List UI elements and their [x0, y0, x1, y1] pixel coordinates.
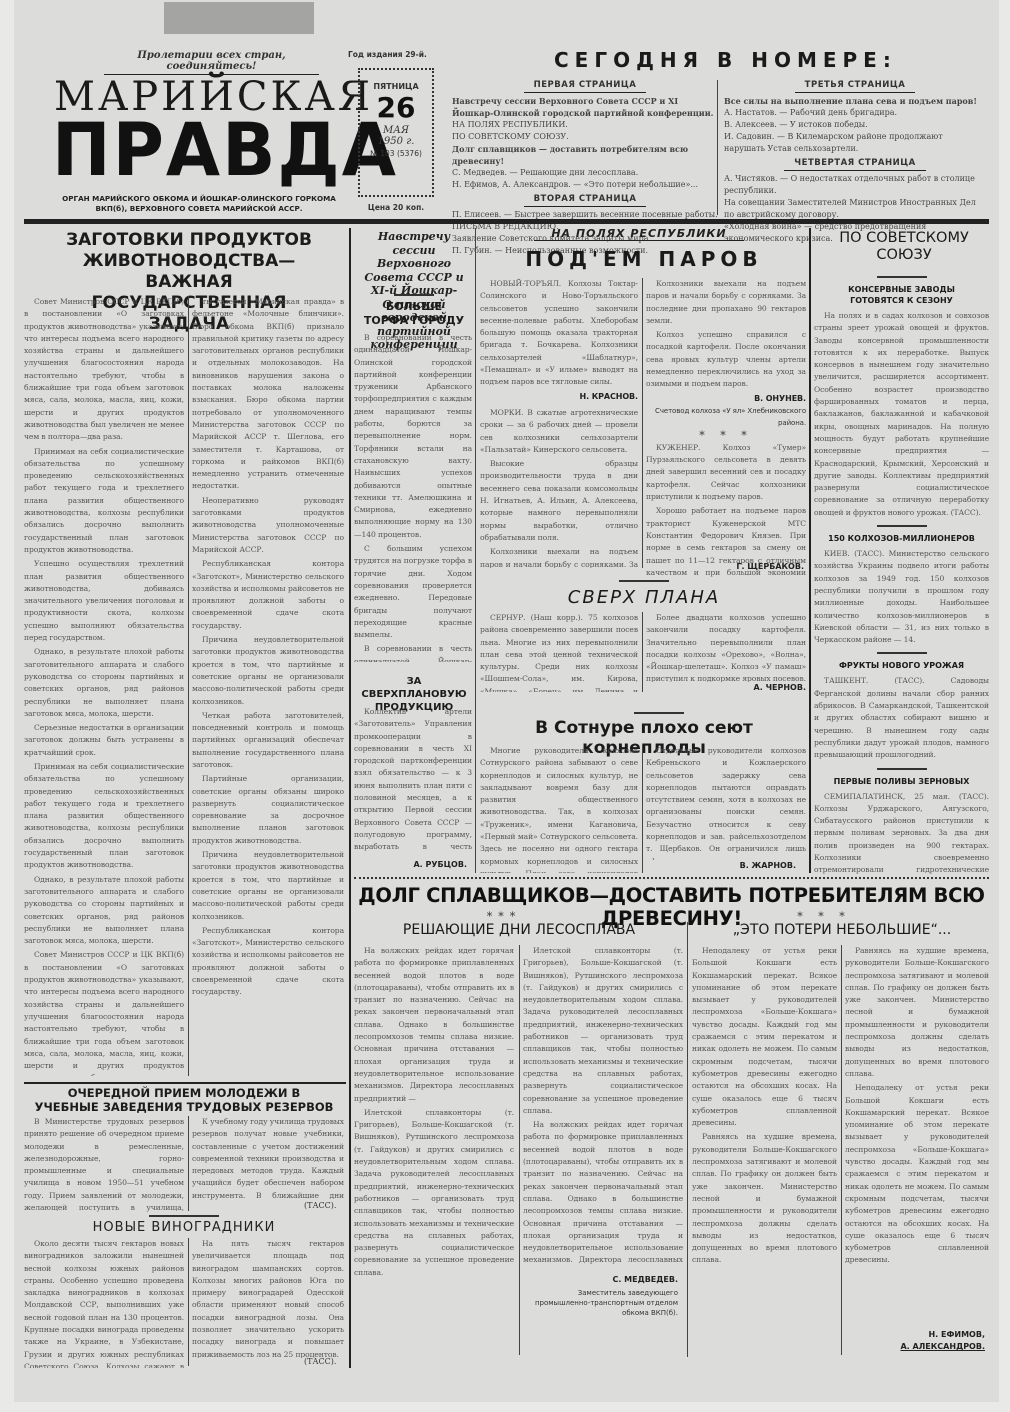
weekday: ПЯТНИЦА: [360, 82, 432, 91]
aboveplan-col2: Более двадцати колхозов успешно закончил…: [646, 612, 806, 682]
rafting-right-title: „ЭТО ПОТЕРИ НЕБОЛЬШИЕ“...: [692, 922, 992, 938]
organ-line: ОРГАН МАРИЙСКОГО ОБКОМА И ЙОШКАР-ОЛИНСКО…: [54, 194, 344, 214]
column-divider: [188, 296, 189, 1076]
toc-item[interactable]: В. Алексеев. — У истоков победы.: [724, 119, 986, 131]
session-headline: БОЛЬШЕ ТОРФА ГОРОДУ: [362, 300, 466, 328]
column-divider: [642, 745, 643, 873]
toc-item[interactable]: НА ПОЛЯХ РЕСПУБЛИКИ.: [452, 119, 718, 131]
toc-divider: [717, 80, 718, 215]
rafting-left-col2: Илетской сплавконторы (т. Григорьев), Бо…: [523, 945, 683, 1265]
issue-number: № 103 (5376): [360, 149, 432, 158]
masthead-rule: [24, 219, 989, 224]
rafting-left-col1: На волжских рейдах идет горячая работа п…: [354, 945, 514, 1345]
toc-heading-page3: ТРЕТЬЯ СТРАНИЦА: [724, 80, 986, 90]
aboveplan-signature: А. ЧЕРНОВ.: [646, 683, 806, 692]
signature-note: Счетовод колхоза «У ял» Хлебниковского р…: [646, 405, 806, 430]
fields-rubric: НА ПОЛЯХ РЕСПУБЛИКИ: [534, 227, 744, 241]
item-title: КОНСЕРВНЫЕ ЗАВОДЫ ГОТОВЯТСЯ К СЕЗОНУ: [824, 284, 979, 306]
title-line2: ПРАВДА: [52, 110, 352, 190]
toc-item[interactable]: А. Чистяков. — О недостатках отделочных …: [724, 173, 986, 197]
column-divider: [841, 945, 842, 1355]
youth-headline: ОЧЕРЕДНОЙ ПРИЕМ МОЛОДЕЖИ В УЧЕБНЫЕ ЗАВЕД…: [34, 1086, 334, 1114]
sotnur-signature: В. ЖАРНОВ.: [646, 861, 796, 870]
rafting-right-col2: Равняясь на худшие времена, руководители…: [845, 945, 989, 1325]
fields-signature-4: Г. ЩЕРБАКОВ.: [646, 562, 804, 571]
column-divider: [188, 1116, 189, 1211]
year-of-issue: Год издания 29-й.: [348, 50, 448, 59]
youth-source: (ТАСС).: [304, 1201, 336, 1210]
toc-item[interactable]: ПО СОВЕТСКОМУ СОЮЗУ.: [452, 131, 718, 143]
livestock-col1: Совет Министров СССР и ЦК ВКП(б) в поста…: [24, 296, 184, 1076]
session-body: В соревновании в честь одиннадцатой Йошк…: [354, 332, 472, 662]
section-rule: [24, 1082, 346, 1084]
sotnur-col2: Отдельные руководители колхозов Кебреньс…: [646, 745, 806, 860]
soviet-union-heading: ПО СОВЕТСКОМУ СОЮЗУ: [819, 230, 989, 264]
section-rule: [619, 580, 669, 582]
rafting-left-signature-note: Заместитель заведующего промышленно-тран…: [523, 1288, 678, 1318]
vineyards-source: (ТАСС).: [304, 1357, 336, 1366]
toc-heading-page4: ЧЕТВЕРТАЯ СТРАНИЦА: [724, 158, 986, 168]
toc-item[interactable]: А. Настатов. — Рабочий день бригадира.: [724, 107, 986, 119]
day-number: 26: [360, 91, 432, 125]
youth-col2: К учебному году училища трудовых резерво…: [192, 1116, 344, 1206]
date-box: ПЯТНИЦА 26 МАЯ 1950 г. № 103 (5376): [358, 68, 434, 197]
toc-item[interactable]: С. Медведев. — Решающие дни лесосплава.: [452, 167, 718, 179]
item-title: 150 КОЛХОЗОВ-МИЛЛИОНЕРОВ: [824, 533, 979, 544]
toc-item[interactable]: На совещании Заместителей Министров Инос…: [724, 197, 986, 221]
overplan-signature: А. РУБЦОВ.: [354, 860, 467, 869]
toc-title: СЕГОДНЯ В НОМЕРЕ:: [554, 48, 934, 72]
section-rule: [634, 712, 684, 714]
wavy-rule: [354, 877, 989, 879]
column-divider: [809, 228, 811, 873]
signature: Н. КРАСНОВ.: [480, 391, 638, 403]
rafting-right-col1: Неподалеку от устья реки Большой Кокшаги…: [692, 945, 837, 1355]
column-divider: [642, 612, 643, 692]
toc-item[interactable]: Навстречу сессии Верховного Совета СССР …: [452, 95, 718, 119]
column-divider: [642, 278, 643, 568]
section-rule: [877, 525, 927, 527]
column-divider: [519, 945, 520, 1355]
slogan: Пролетарии всех стран, соединяйтесь!: [104, 50, 319, 75]
price: Цена 20 коп.: [358, 203, 434, 212]
fields-col2: Колхозники выехали на подъем паров и нач…: [646, 278, 806, 578]
livestock-col2: ты газетой «Марийская правда» в фельетон…: [192, 296, 344, 1076]
toc-heading-page1: ПЕРВАЯ СТРАНИЦА: [452, 80, 718, 90]
overplan-body: Коллектив артели «Заготовитель» Управлен…: [354, 706, 472, 856]
newspaper-page: Пролетарии всех стран, соединяйтесь! МАР…: [14, 0, 999, 1402]
signature: В. ОНУНЕВ.: [646, 393, 806, 405]
item-title: ПЕРВЫЕ ПОЛИВЫ ЗЕРНОВЫХ: [824, 776, 979, 787]
column-divider: [188, 1238, 189, 1366]
section-rule: [877, 652, 927, 654]
section-rule: [877, 276, 927, 278]
separator-stars: * * *: [646, 430, 806, 442]
toc-item[interactable]: Долг сплавщиков — доставить потребителям…: [452, 143, 718, 167]
archive-stamp: [164, 2, 314, 34]
soviet-union-items: КОНСЕРВНЫЕ ЗАВОДЫ ГОТОВЯТСЯ К СЕЗОНУ На …: [814, 270, 989, 875]
fields-headline: ПОД'ЕМ ПАРОВ: [484, 247, 804, 271]
column-divider: [687, 922, 688, 1357]
rafting-left-title: РЕШАЮЩИЕ ДНИ ЛЕСОСПЛАВА: [359, 922, 679, 938]
item-title: ФРУКТЫ НОВОГО УРОЖАЯ: [824, 660, 979, 671]
section-rule: [877, 768, 927, 770]
column-divider: [475, 228, 476, 873]
month: МАЯ: [360, 125, 432, 136]
toc-item[interactable]: Н. Ефимов, А. Александров. — «Это потери…: [452, 179, 718, 191]
fields-col1: НОВЫЙ-ТОРЪЯЛ. Колхозы Токтар-Солинского …: [480, 278, 638, 568]
sotnur-col1: Многие руководители колхозов Сотнурского…: [480, 745, 638, 873]
youth-col1: В Министерстве трудовых резервов принято…: [24, 1116, 184, 1216]
vineyards-col2: На пять тысяч гектаров увеличивается пло…: [192, 1238, 344, 1358]
aboveplan-col1: СЕРНУР. (Наш корр.). 75 колхозов района …: [480, 612, 638, 692]
year: 1950 г.: [360, 136, 432, 147]
section-rule: [394, 294, 434, 296]
toc-heading-page2: ВТОРАЯ СТРАНИЦА: [452, 194, 718, 204]
section-rule: [149, 1215, 219, 1217]
aboveplan-headline: СВЕРХ ПЛАНА: [484, 587, 804, 608]
rafting-right-signature-1: Н. ЕФИМОВ,: [845, 1330, 985, 1339]
column-divider: [349, 228, 351, 1368]
rafting-left-signature: С. МЕДВЕДЕВ.: [523, 1275, 678, 1284]
toc-item[interactable]: И. Садовин. — В Килемарском районе продо…: [724, 131, 986, 155]
vineyards-col1: Около десяти тысяч гектаров новых виногр…: [24, 1238, 184, 1368]
toc-item[interactable]: Все силы на выполнение плана сева и подъ…: [724, 95, 986, 107]
rafting-right-signature-2: А. АЛЕКСАНДРОВ.: [845, 1342, 985, 1351]
vineyards-headline: НОВЫЕ ВИНОГРАДНИКИ: [54, 1220, 314, 1235]
